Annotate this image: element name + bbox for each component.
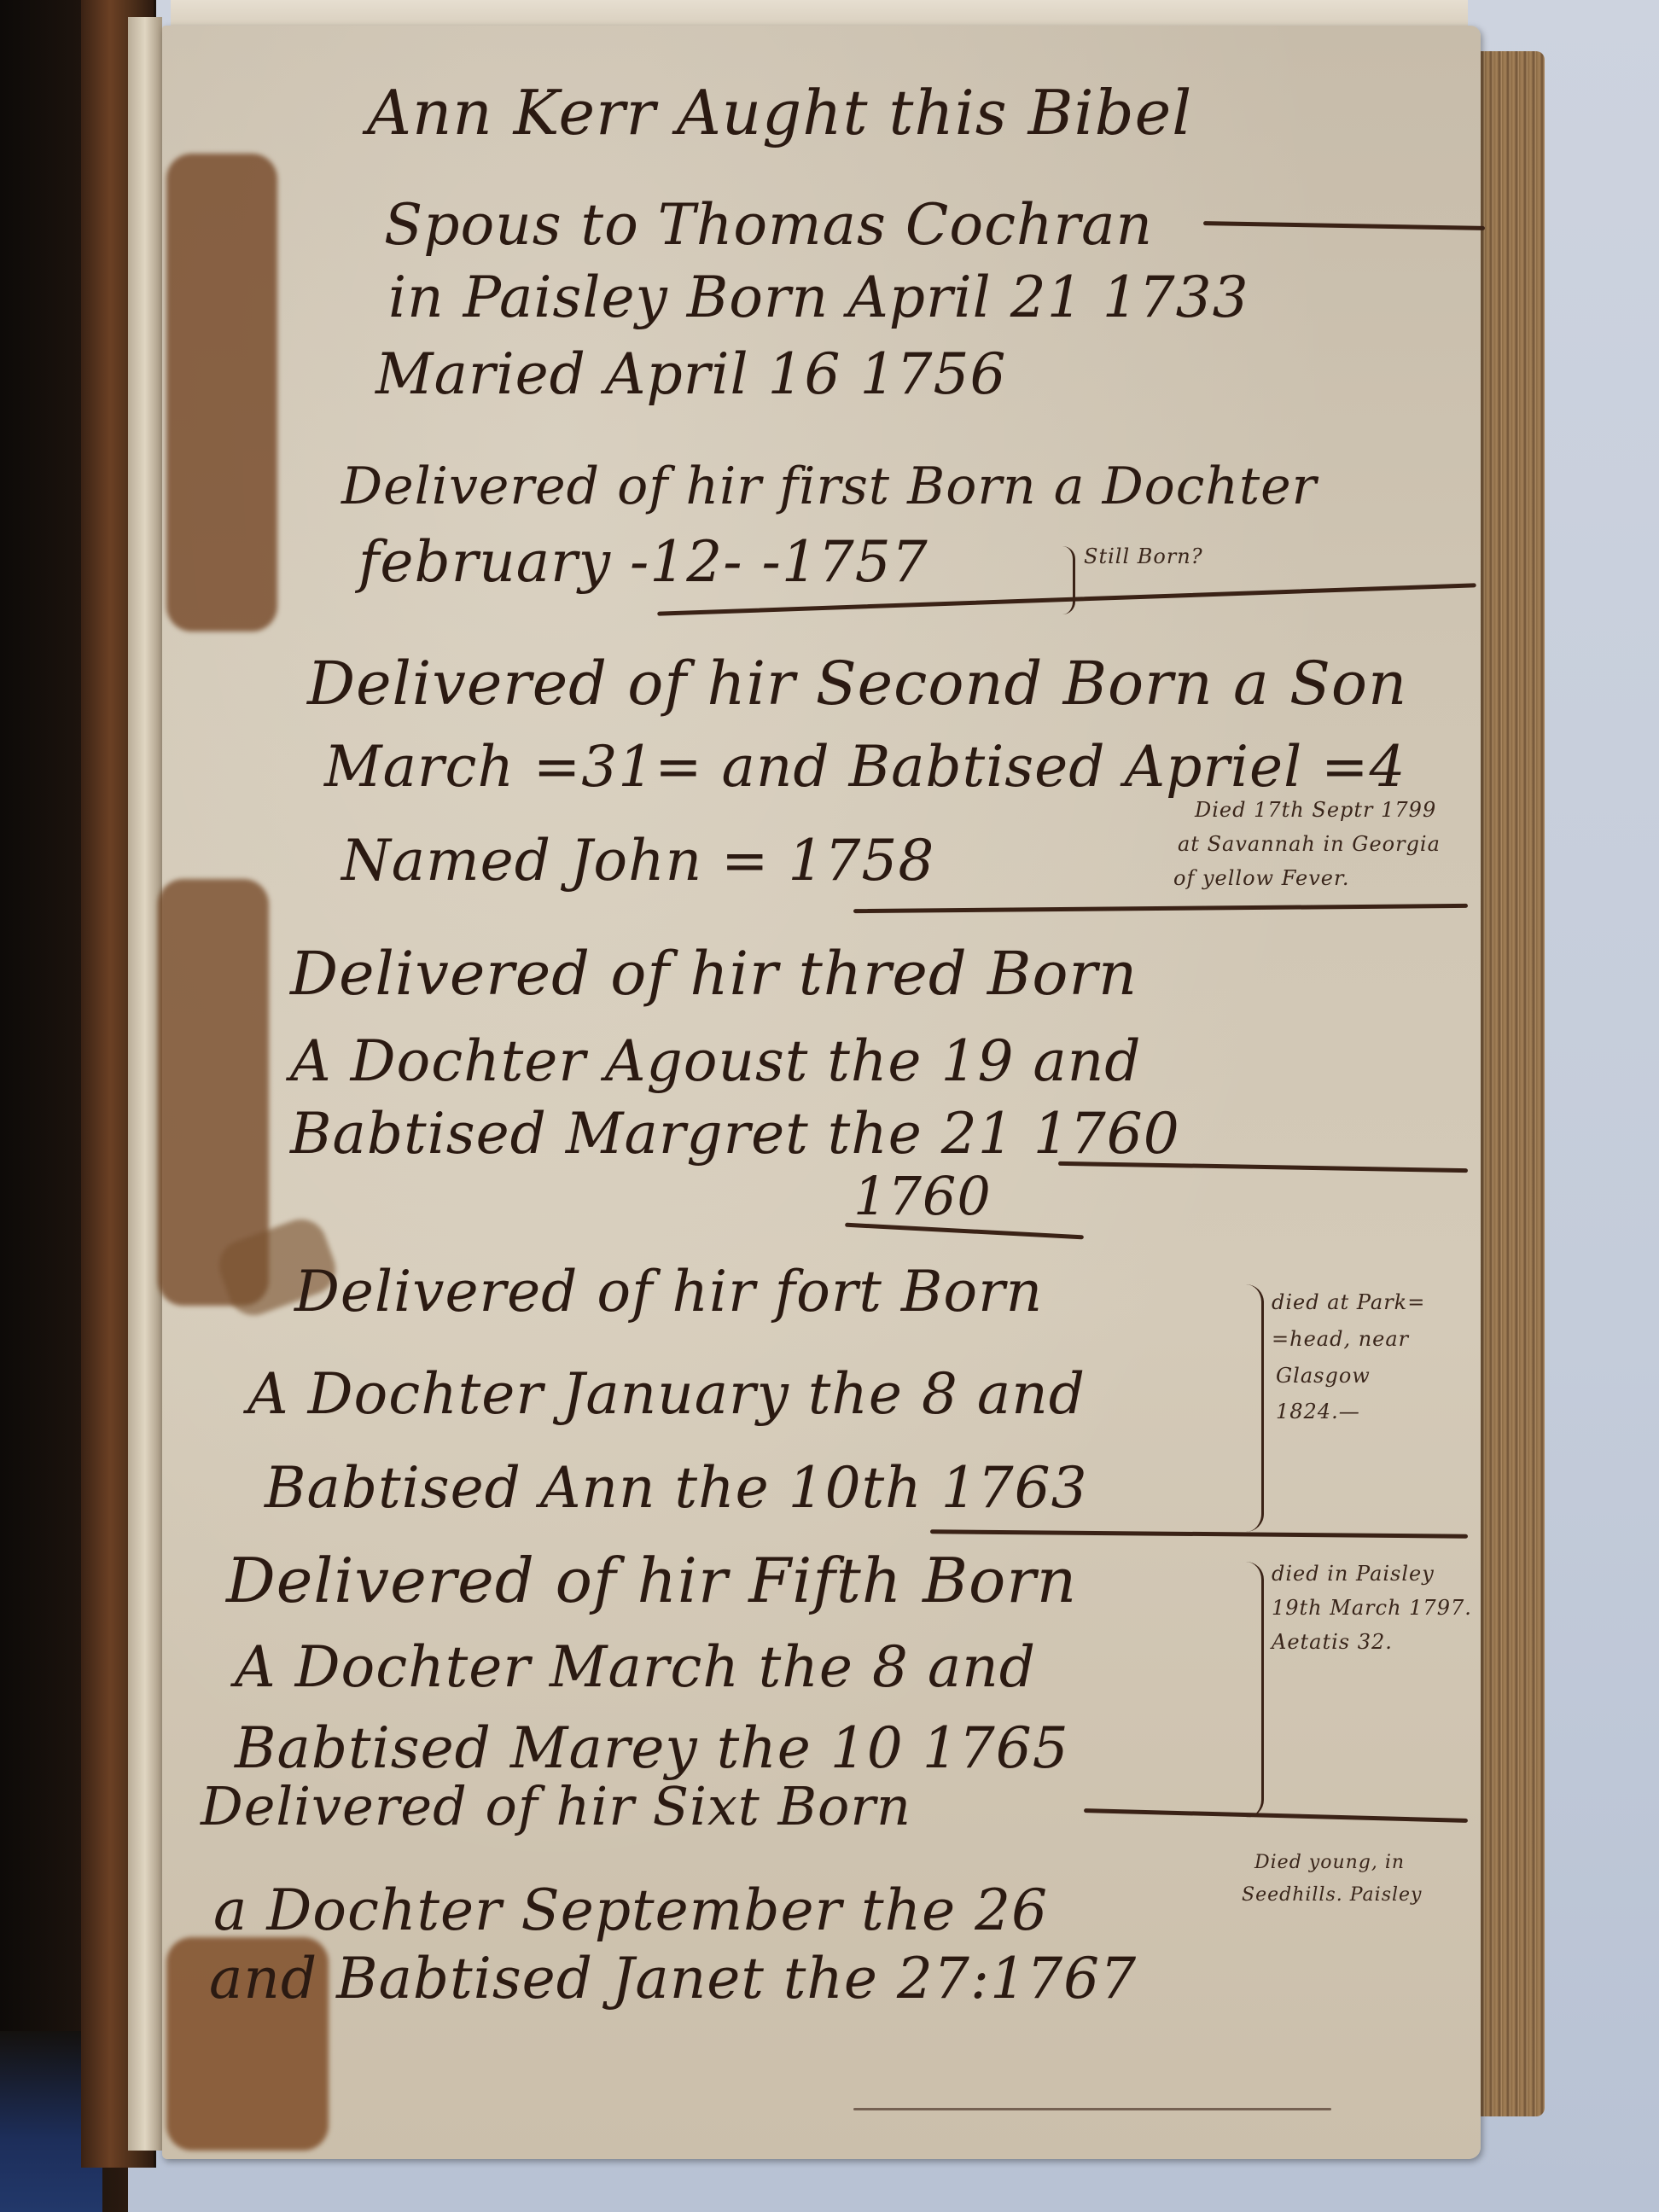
entry-3-line-2: A Dochter Agoust the 19 and <box>290 1028 1142 1094</box>
divider-line <box>853 2108 1331 2110</box>
entry-5-line-2: A Dochter March the 8 and <box>235 1634 1036 1700</box>
owner-line-2: Spous to Thomas Cochran <box>384 192 1153 258</box>
entry-6-line-2: a Dochter September the 26 <box>213 1877 1048 1943</box>
entry-4-line-3: Babtised Ann the 10th 1763 <box>265 1455 1088 1521</box>
entry-5-note-line-2: 19th March 1797. <box>1272 1596 1472 1620</box>
entry-5-line-1: Delivered of hir Fifth Born <box>226 1545 1077 1616</box>
entry-6-line-3: and Babtised Janet the 27:1767 <box>209 1946 1137 2011</box>
entry-1-line-1: Delivered of hir first Born a Dochter <box>341 457 1317 516</box>
entry-2-note-line-3: of yellow Fever. <box>1173 866 1349 890</box>
entry-2-note-line-1: Died 17th Septr 1799 <box>1195 798 1436 822</box>
entry-6-line-1: Delivered of hir Sixt Born <box>201 1775 911 1837</box>
brace <box>1246 1284 1264 1532</box>
entry-4-line-1: Delivered of hir fort Born <box>294 1259 1043 1324</box>
entry-4-line-2: A Dochter January the 8 and <box>247 1361 1086 1427</box>
entry-4-note-line-3: Glasgow <box>1276 1364 1371 1388</box>
entry-6-note-line-2: Seedhills. Paisley <box>1242 1884 1423 1906</box>
owner-line-1: Ann Kerr Aught this Bibel <box>367 77 1192 148</box>
brace <box>1062 546 1075 614</box>
entry-2-line-1: Delivered of hir Second Born a Son <box>307 649 1407 719</box>
gutter-pages <box>128 17 162 2151</box>
entry-5-note-line-1: died in Paisley <box>1272 1562 1435 1586</box>
entry-5-line-3: Babtised Marey the 10 1765 <box>235 1715 1069 1781</box>
entry-2-line-2: March =31= and Babtised Apriel =4 <box>324 734 1406 800</box>
entry-2-note-line-2: at Savannah in Georgia <box>1178 832 1441 856</box>
entry-3-line-1: Delivered of hir thred Born <box>290 939 1138 1009</box>
photo-scene: Ann Kerr Aught this Bibel Spous to Thoma… <box>0 0 1659 2212</box>
entry-6-note-line-1: Died young, in <box>1254 1852 1405 1873</box>
entry-5-note-line-3: Aetatis 32. <box>1272 1630 1393 1654</box>
stain-top-left <box>166 154 277 632</box>
entry-2-line-3: Named John = 1758 <box>341 828 934 894</box>
owner-line-3: in Paisley Born April 21 1733 <box>388 265 1249 330</box>
entry-1-note: Still Born? <box>1084 544 1203 568</box>
entry-3-year-repeat: 1760 <box>853 1165 992 1227</box>
brace <box>1246 1562 1264 1818</box>
entry-4-note-line-1: died at Park= <box>1272 1290 1425 1314</box>
entry-3-line-3: Babtised Margret the 21 1760 <box>290 1101 1180 1167</box>
entry-4-note-line-4: 1824.— <box>1276 1400 1360 1423</box>
entry-4-note-line-2: =head, near <box>1272 1327 1409 1351</box>
owner-line-4: Maried April 16 1756 <box>375 341 1006 407</box>
entry-1-line-2: february -12- -1757 <box>358 529 928 595</box>
